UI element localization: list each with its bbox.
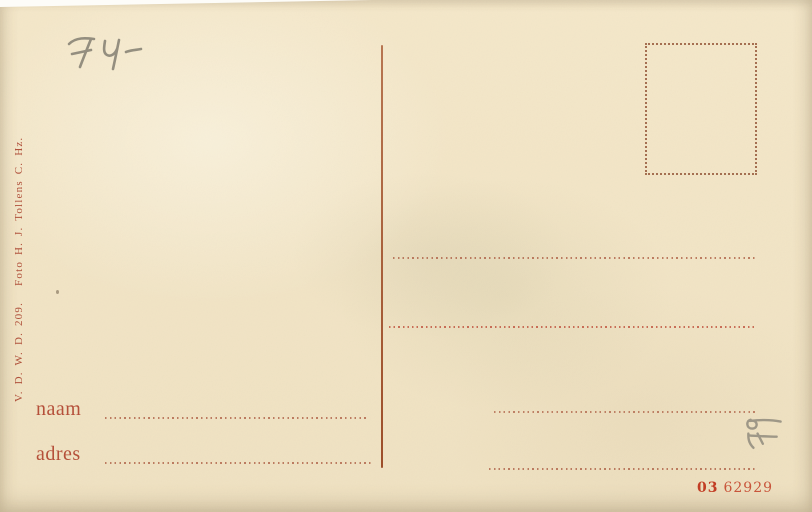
handwritten-number-mark	[740, 409, 790, 451]
scan-edge-sliver	[0, 0, 372, 7]
address-ruling-line-3	[494, 411, 755, 413]
serial-number: 0362929	[697, 480, 773, 496]
postcard-back: V. D. W. D. 209.Foto H. J. Tollens C. Hz…	[0, 0, 812, 512]
address-dotted-line	[105, 462, 373, 464]
address-ruling-line-4	[489, 468, 755, 470]
publisher-imprint: V. D. W. D. 209.Foto H. J. Tollens C. Hz…	[13, 117, 25, 402]
center-divider-rule	[381, 45, 383, 468]
name-dotted-line	[105, 417, 367, 419]
publisher-series: V. D. W. D. 209.	[13, 302, 25, 402]
address-ruling-line-2	[389, 326, 757, 328]
serial-rest: 62929	[723, 480, 773, 496]
name-label: naam	[36, 398, 81, 421]
ink-speck	[56, 290, 59, 294]
handwritten-price-mark	[62, 28, 144, 76]
photographer-credit: Foto H. J. Tollens C. Hz.	[13, 137, 25, 286]
address-label: adres	[36, 443, 81, 466]
address-ruling-line-1	[393, 257, 757, 259]
serial-prefix: 03	[697, 480, 718, 496]
stamp-box	[645, 43, 757, 175]
